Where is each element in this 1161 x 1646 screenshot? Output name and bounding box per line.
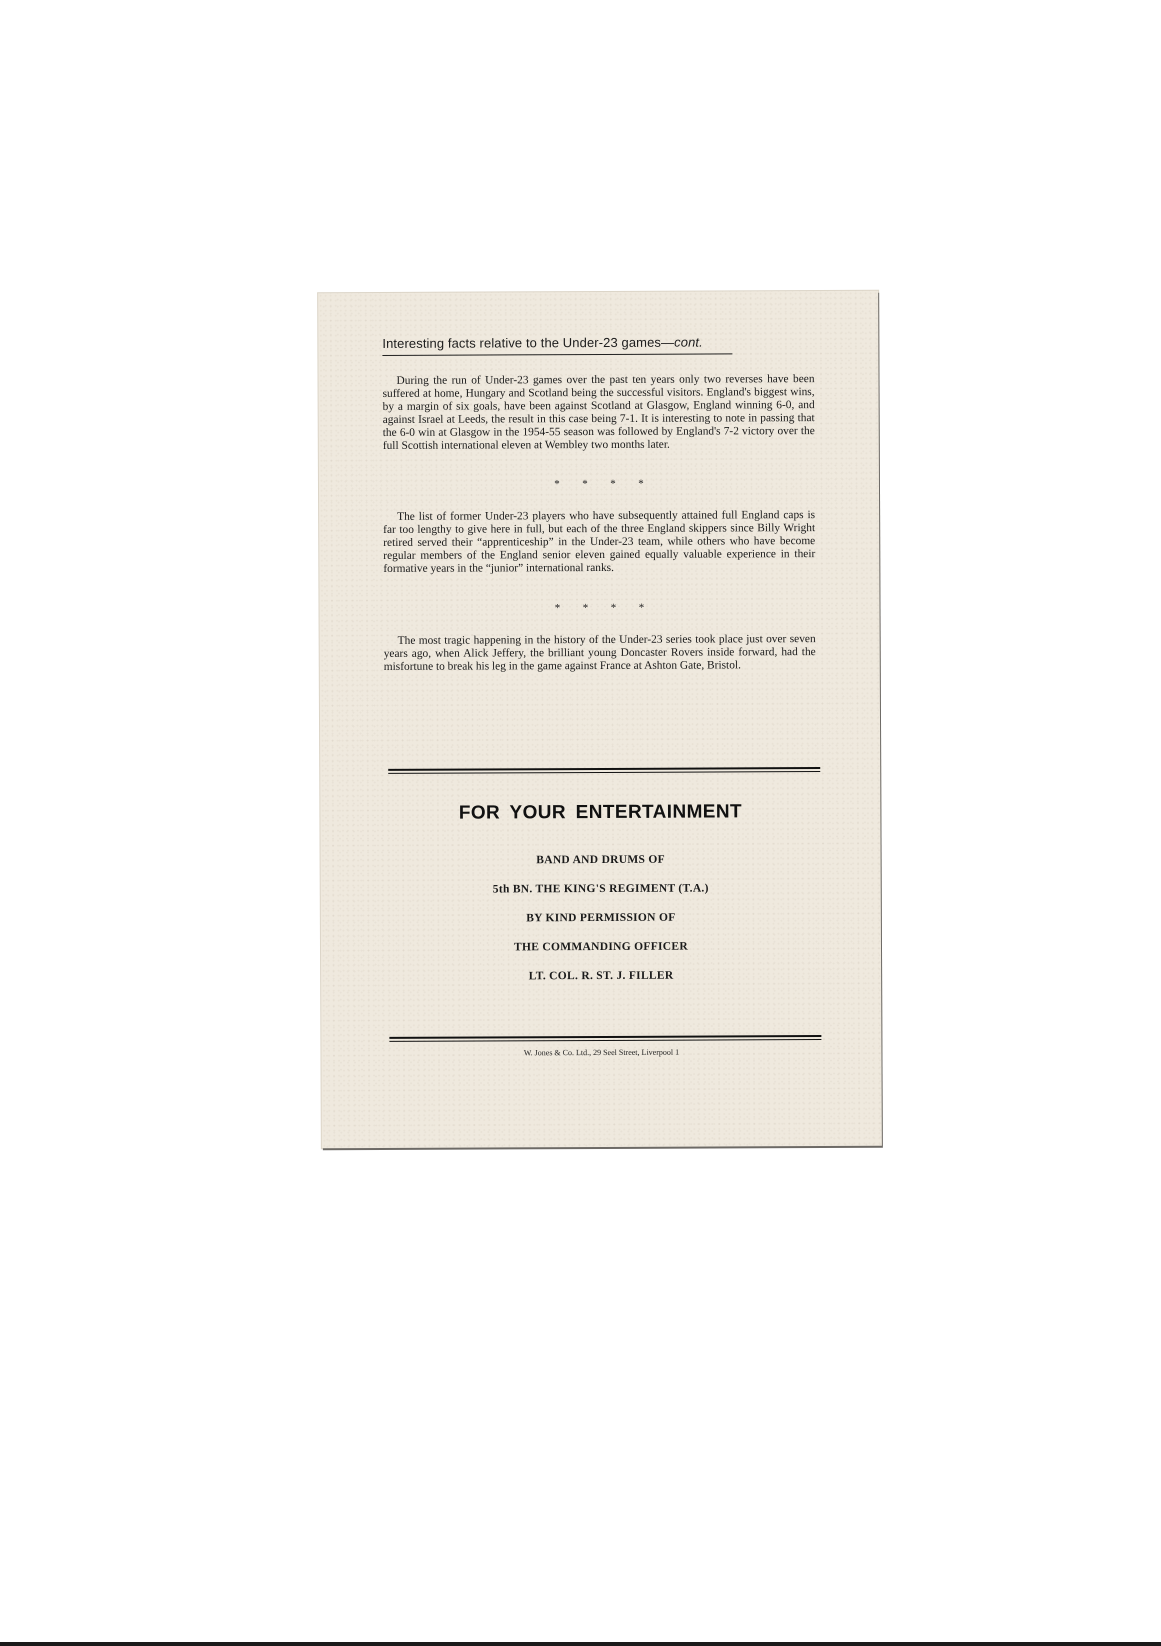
paragraph-home-record: During the run of Under-23 games over th… (382, 373, 814, 453)
entertainment-line: BY KIND PERMISSION OF (321, 911, 881, 942)
heading-cont: cont. (674, 335, 703, 350)
printer-credit: W. Jones & Co. Ltd., 29 Seel Street, Liv… (321, 1047, 881, 1058)
paragraph-text: During the run of Under-23 games over th… (382, 373, 814, 453)
section-heading: Interesting facts relative to the Under-… (382, 333, 732, 356)
double-rule-divider (389, 1035, 821, 1042)
paragraph-text: The most tragic happening in the history… (384, 633, 816, 674)
separator-stars: **** (319, 477, 879, 491)
entertainment-line: THE COMMANDING OFFICER (321, 940, 881, 971)
entertainment-line: BAND AND DRUMS OF (321, 853, 881, 884)
entertainment-details: BAND AND DRUMS OF 5th BN. THE KING'S REG… (321, 853, 882, 1000)
programme-page: Interesting facts relative to the Under-… (318, 291, 882, 1148)
scan-edge-strip (0, 1642, 1161, 1646)
entertainment-line: LT. COL. R. ST. J. FILLER (321, 969, 881, 1000)
paragraph-tragic-happening: The most tragic happening in the history… (384, 633, 816, 674)
entertainment-title: FOR YOUR ENTERTAINMENT (320, 801, 880, 825)
paragraph-text: The list of former Under-23 players who … (383, 509, 815, 576)
entertainment-line: 5th BN. THE KING'S REGIMENT (T.A.) (321, 882, 881, 913)
heading-text: Interesting facts relative to the Under-… (382, 335, 674, 351)
separator-stars: **** (319, 601, 879, 615)
double-rule-divider (388, 767, 820, 774)
paragraph-former-players: The list of former Under-23 players who … (383, 509, 815, 576)
